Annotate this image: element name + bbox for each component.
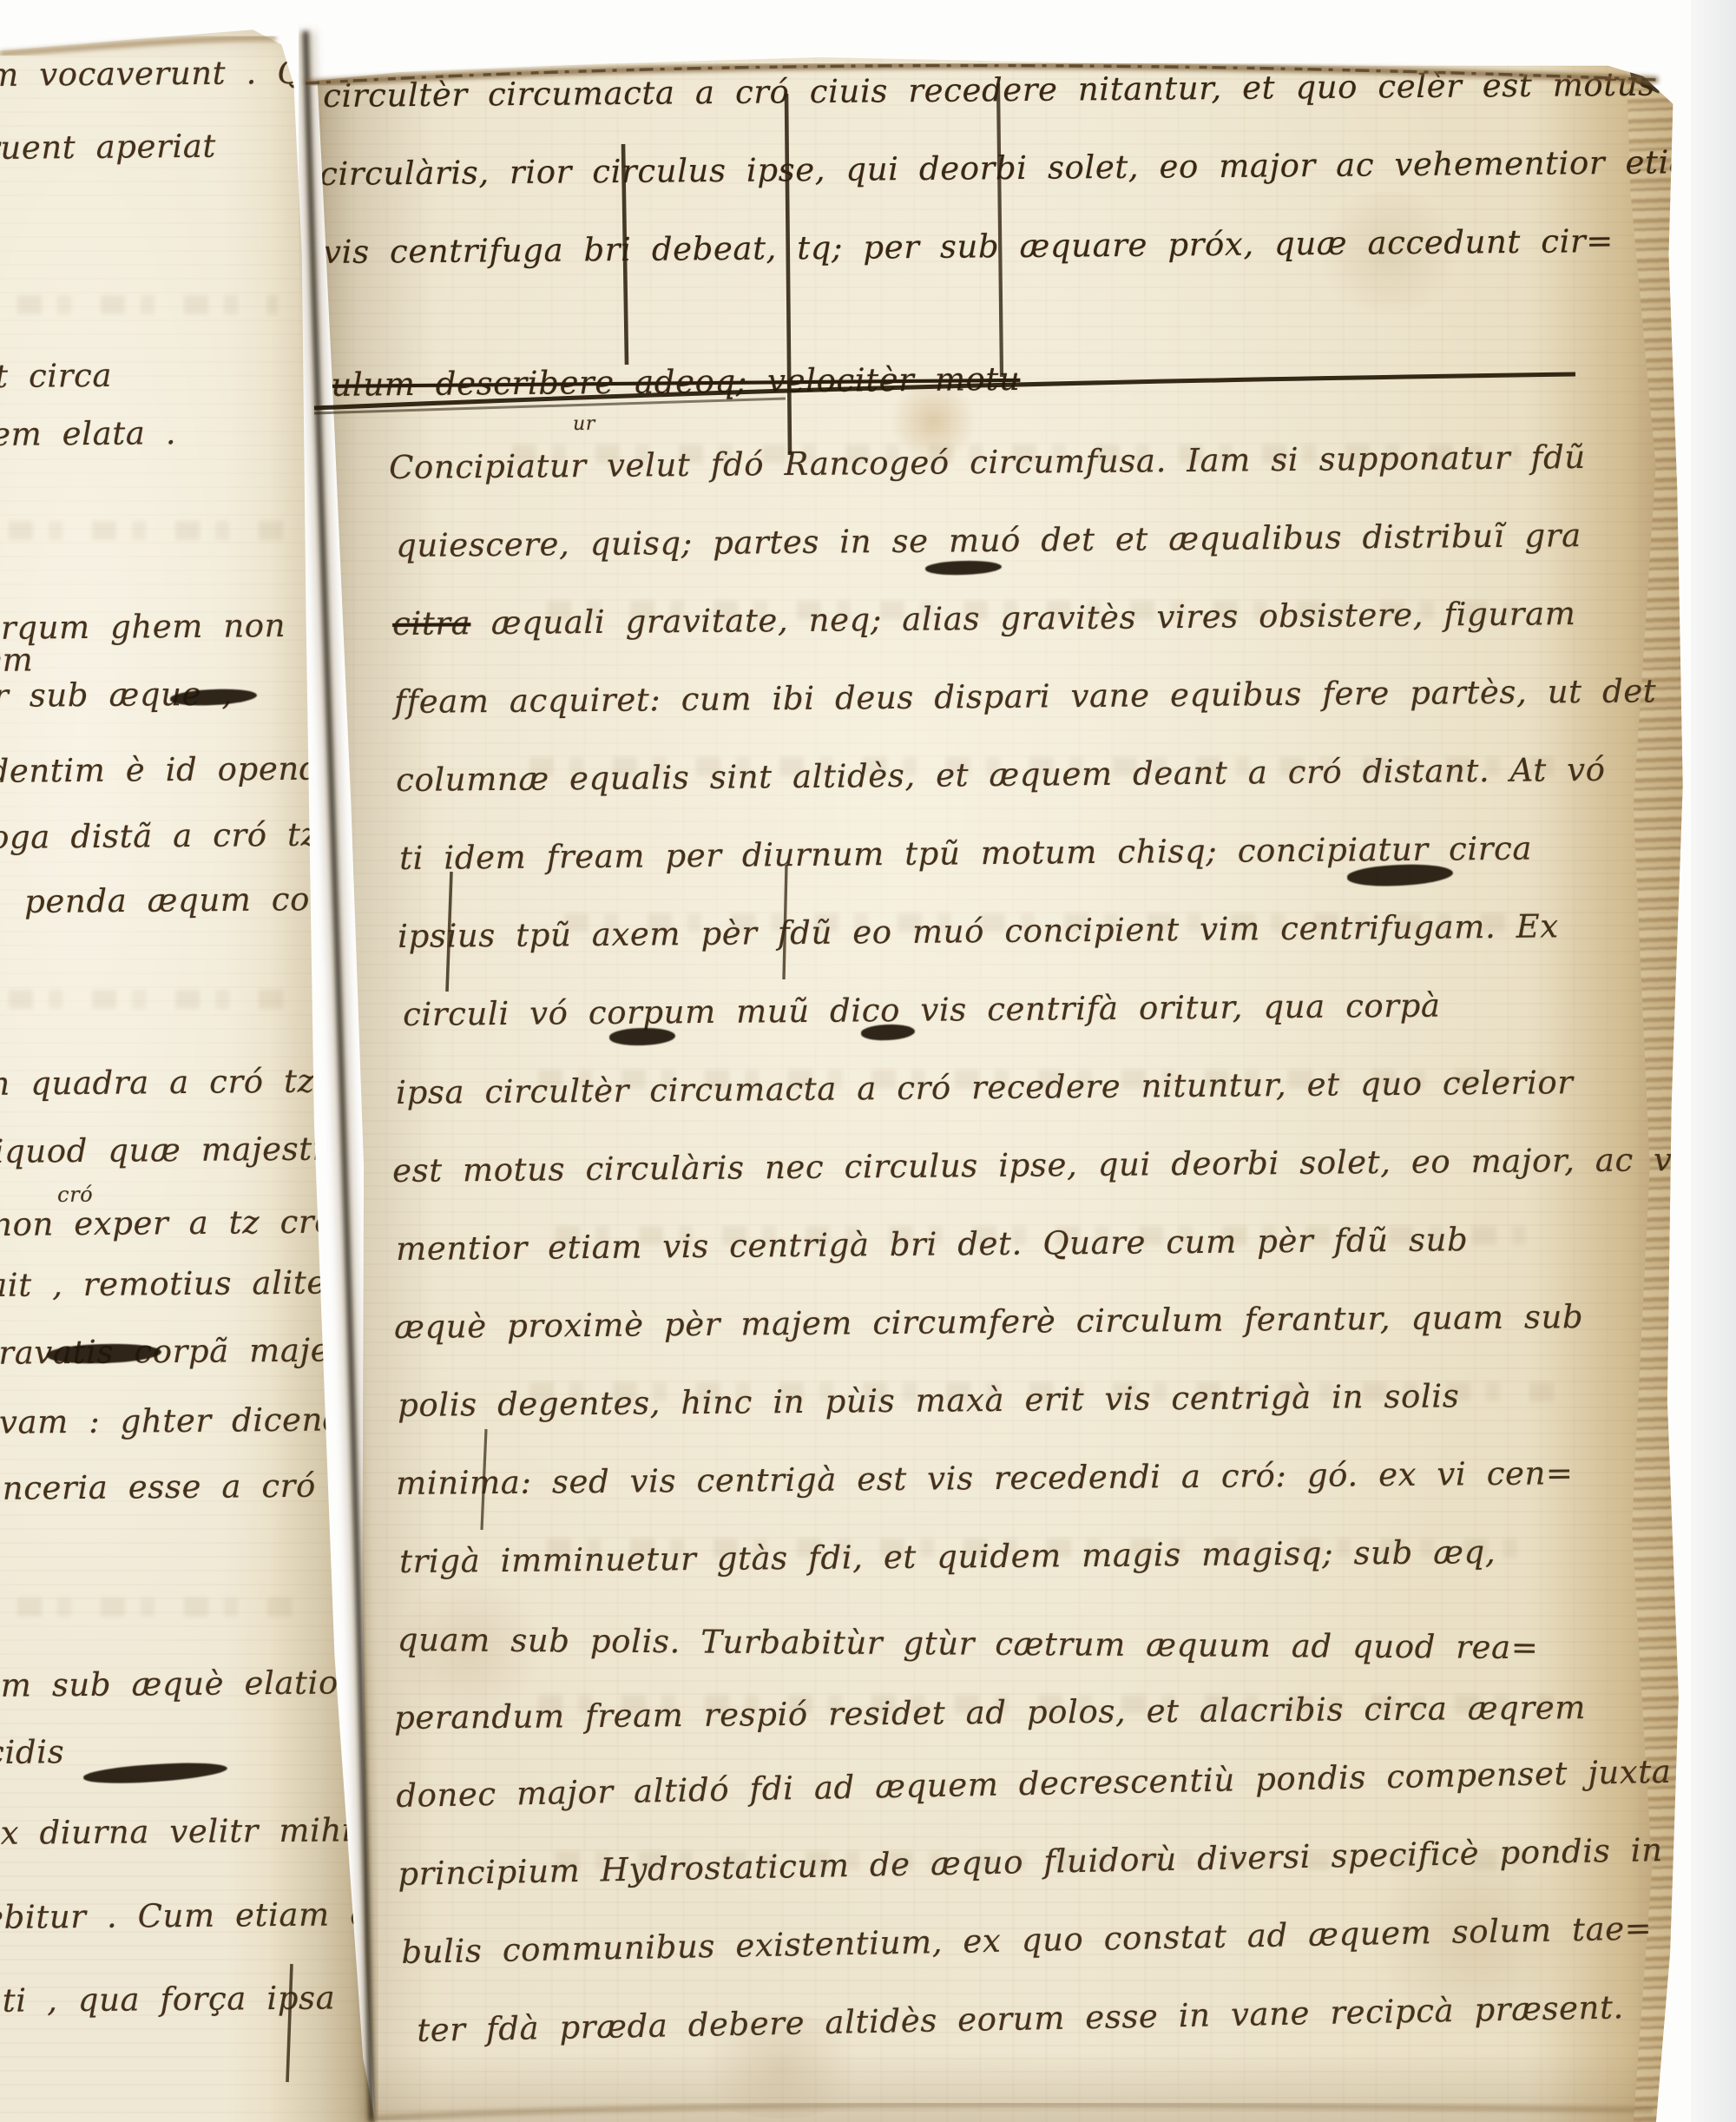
deletion-bar [623,144,627,365]
right-page-bottom-edge [373,2105,1654,2119]
photo-overlay-marks [0,0,1736,2122]
pen-stroke [784,865,786,979]
pen-stroke [287,1964,292,2082]
pen-stroke [447,872,451,992]
deletion-bar [786,94,790,455]
deletion-bar [998,83,1002,377]
pen-stroke [482,1429,486,1530]
cancellation-rule [314,374,1575,408]
manuscript-photo: m vocaverunt . Quid ruent aperiat t circ… [0,0,1736,2122]
left-page-top-edge [0,38,276,54]
